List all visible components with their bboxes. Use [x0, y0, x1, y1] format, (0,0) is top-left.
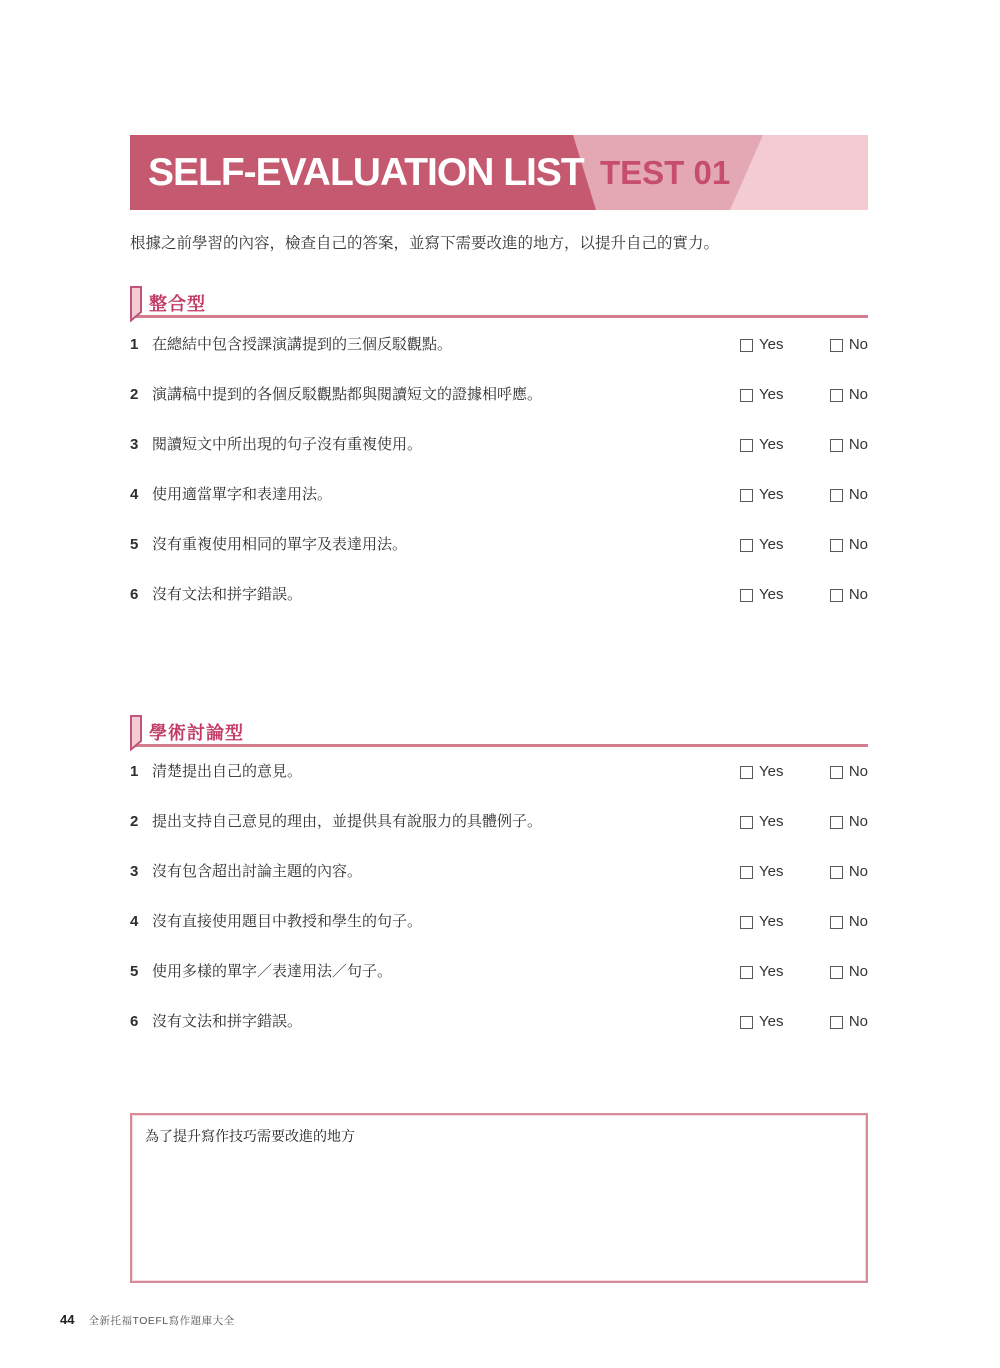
- no-option[interactable]: No: [830, 535, 868, 555]
- yes-label: Yes: [759, 535, 783, 555]
- section-title: 整合型: [149, 290, 206, 316]
- checklist-item: 4 沒有直接使用題目中教授和學生的句子。 Yes No: [130, 912, 868, 932]
- yes-option[interactable]: Yes: [740, 535, 783, 555]
- yes-option[interactable]: Yes: [740, 762, 783, 782]
- yes-option[interactable]: Yes: [740, 862, 783, 882]
- no-option[interactable]: No: [830, 335, 868, 355]
- item-text: 閱讀短文中所出現的句子沒有重複使用。: [152, 435, 740, 455]
- no-option[interactable]: No: [830, 1012, 868, 1032]
- no-option[interactable]: No: [830, 585, 868, 605]
- item-number: 1: [130, 762, 152, 782]
- yes-no-group: Yes No: [740, 812, 868, 832]
- yes-no-group: Yes No: [740, 435, 868, 455]
- checklist-item: 3 沒有包含超出討論主題的內容。 Yes No: [130, 862, 868, 882]
- checklist-item: 6 沒有文法和拼字錯誤。 Yes No: [130, 585, 868, 605]
- yes-label: Yes: [759, 1012, 783, 1032]
- yes-no-group: Yes No: [740, 385, 868, 405]
- yes-no-group: Yes No: [740, 862, 868, 882]
- yes-label: Yes: [759, 335, 783, 355]
- yes-label: Yes: [759, 385, 783, 405]
- no-checkbox[interactable]: [830, 816, 843, 829]
- yes-no-group: Yes No: [740, 585, 868, 605]
- yes-checkbox[interactable]: [740, 966, 753, 979]
- yes-checkbox[interactable]: [740, 539, 753, 552]
- item-number: 5: [130, 962, 152, 982]
- item-number: 3: [130, 435, 152, 455]
- item-number: 6: [130, 585, 152, 605]
- no-label: No: [849, 962, 868, 982]
- item-text: 沒有重複使用相同的單字及表達用法。: [152, 535, 740, 555]
- yes-no-group: Yes No: [740, 485, 868, 505]
- item-text: 沒有包含超出討論主題的內容。: [152, 862, 740, 882]
- no-checkbox[interactable]: [830, 589, 843, 602]
- section-ribbon-icon: [130, 715, 144, 751]
- yes-option[interactable]: Yes: [740, 435, 783, 455]
- yes-option[interactable]: Yes: [740, 485, 783, 505]
- no-label: No: [849, 812, 868, 832]
- yes-checkbox[interactable]: [740, 489, 753, 502]
- yes-checkbox[interactable]: [740, 589, 753, 602]
- header-banner: SELF-EVALUATION LIST TEST 01: [130, 135, 868, 210]
- item-text: 使用多樣的單字／表達用法／句子。: [152, 962, 740, 982]
- item-number: 1: [130, 335, 152, 355]
- checklist-item: 5 沒有重複使用相同的單字及表達用法。 Yes No: [130, 535, 868, 555]
- yes-option[interactable]: Yes: [740, 335, 783, 355]
- checklist-item: 2 提出支持自己意見的理由，並提供具有說服力的具體例子。 Yes No: [130, 812, 868, 832]
- no-option[interactable]: No: [830, 862, 868, 882]
- item-text: 演講稿中提到的各個反駁觀點都與閱讀短文的證據相呼應。: [152, 385, 740, 405]
- item-number: 2: [130, 812, 152, 832]
- no-label: No: [849, 762, 868, 782]
- test-number-badge: TEST 01: [600, 135, 730, 210]
- yes-checkbox[interactable]: [740, 916, 753, 929]
- no-label: No: [849, 485, 868, 505]
- no-label: No: [849, 1012, 868, 1032]
- no-option[interactable]: No: [830, 812, 868, 832]
- yes-option[interactable]: Yes: [740, 385, 783, 405]
- page-title: SELF-EVALUATION LIST: [148, 135, 584, 210]
- checklist-item: 1 清楚提出自己的意見。 Yes No: [130, 762, 868, 782]
- notes-box-label: 為了提升寫作技巧需要改進的地方: [145, 1126, 355, 1146]
- yes-label: Yes: [759, 812, 783, 832]
- section-ribbon-icon: [130, 286, 144, 322]
- no-checkbox[interactable]: [830, 339, 843, 352]
- yes-label: Yes: [759, 585, 783, 605]
- no-option[interactable]: No: [830, 962, 868, 982]
- item-text: 清楚提出自己的意見。: [152, 762, 740, 782]
- yes-checkbox[interactable]: [740, 389, 753, 402]
- no-option[interactable]: No: [830, 485, 868, 505]
- no-label: No: [849, 385, 868, 405]
- no-checkbox[interactable]: [830, 1016, 843, 1029]
- checklist-item: 2 演講稿中提到的各個反駁觀點都與閱讀短文的證據相呼應。 Yes No: [130, 385, 868, 405]
- yes-option[interactable]: Yes: [740, 812, 783, 832]
- item-text: 提出支持自己意見的理由，並提供具有說服力的具體例子。: [152, 812, 740, 832]
- page-footer: 44 全新托福TOEFL寫作題庫大全: [60, 1312, 235, 1328]
- yes-label: Yes: [759, 912, 783, 932]
- yes-checkbox[interactable]: [740, 766, 753, 779]
- item-text: 沒有文法和拼字錯誤。: [152, 585, 740, 605]
- item-number: 4: [130, 485, 152, 505]
- section-header-integrated: 整合型: [130, 286, 868, 318]
- no-checkbox[interactable]: [830, 966, 843, 979]
- checklist-item: 4 使用適當單字和表達用法。 Yes No: [130, 485, 868, 505]
- yes-checkbox[interactable]: [740, 816, 753, 829]
- no-checkbox[interactable]: [830, 539, 843, 552]
- item-number: 2: [130, 385, 152, 405]
- yes-checkbox[interactable]: [740, 1016, 753, 1029]
- no-checkbox[interactable]: [830, 489, 843, 502]
- no-label: No: [849, 335, 868, 355]
- yes-option[interactable]: Yes: [740, 962, 783, 982]
- no-label: No: [849, 535, 868, 555]
- yes-label: Yes: [759, 485, 783, 505]
- no-label: No: [849, 435, 868, 455]
- no-option[interactable]: No: [830, 435, 868, 455]
- yes-label: Yes: [759, 962, 783, 982]
- no-checkbox[interactable]: [830, 766, 843, 779]
- section-header-academic-discussion: 學術討論型: [130, 715, 868, 747]
- item-text: 在總結中包含授課演講提到的三個反駁觀點。: [152, 335, 740, 355]
- yes-no-group: Yes No: [740, 762, 868, 782]
- item-number: 4: [130, 912, 152, 932]
- item-text: 沒有文法和拼字錯誤。: [152, 1012, 740, 1032]
- yes-option[interactable]: Yes: [740, 585, 783, 605]
- section-title: 學術討論型: [149, 719, 244, 745]
- item-number: 3: [130, 862, 152, 882]
- no-checkbox[interactable]: [830, 439, 843, 452]
- yes-no-group: Yes No: [740, 335, 868, 355]
- no-option[interactable]: No: [830, 385, 868, 405]
- checklist-academic-discussion: 1 清楚提出自己的意見。 Yes No 2 提出支持自己意見的理由，並提供具有說…: [130, 762, 868, 1062]
- yes-option[interactable]: Yes: [740, 912, 783, 932]
- checklist-item: 3 閱讀短文中所出現的句子沒有重複使用。 Yes No: [130, 435, 868, 455]
- yes-no-group: Yes No: [740, 535, 868, 555]
- no-label: No: [849, 862, 868, 882]
- item-number: 5: [130, 535, 152, 555]
- yes-checkbox[interactable]: [740, 339, 753, 352]
- page-number: 44: [60, 1312, 74, 1327]
- no-checkbox[interactable]: [830, 866, 843, 879]
- no-option[interactable]: No: [830, 762, 868, 782]
- checklist-item: 5 使用多樣的單字／表達用法／句子。 Yes No: [130, 962, 868, 982]
- yes-label: Yes: [759, 862, 783, 882]
- yes-label: Yes: [759, 762, 783, 782]
- yes-no-group: Yes No: [740, 912, 868, 932]
- no-option[interactable]: No: [830, 912, 868, 932]
- yes-checkbox[interactable]: [740, 866, 753, 879]
- yes-label: Yes: [759, 435, 783, 455]
- book-title: 全新托福TOEFL寫作題庫大全: [88, 1313, 234, 1328]
- checklist-integrated: 1 在總結中包含授課演講提到的三個反駁觀點。 Yes No 2 演講稿中提到的各…: [130, 335, 868, 635]
- yes-no-group: Yes No: [740, 1012, 868, 1032]
- item-text: 沒有直接使用題目中教授和學生的句子。: [152, 912, 740, 932]
- yes-no-group: Yes No: [740, 962, 868, 982]
- checklist-item: 6 沒有文法和拼字錯誤。 Yes No: [130, 1012, 868, 1032]
- no-label: No: [849, 585, 868, 605]
- item-text: 使用適當單字和表達用法。: [152, 485, 740, 505]
- instruction-text: 根據之前學習的內容，檢查自己的答案，並寫下需要改進的地方，以提升自己的實力。: [130, 233, 868, 255]
- item-number: 6: [130, 1012, 152, 1032]
- checklist-item: 1 在總結中包含授課演講提到的三個反駁觀點。 Yes No: [130, 335, 868, 355]
- improvement-notes-box[interactable]: 為了提升寫作技巧需要改進的地方: [130, 1113, 868, 1283]
- no-checkbox[interactable]: [830, 389, 843, 402]
- no-label: No: [849, 912, 868, 932]
- yes-option[interactable]: Yes: [740, 1012, 783, 1032]
- yes-checkbox[interactable]: [740, 439, 753, 452]
- no-checkbox[interactable]: [830, 916, 843, 929]
